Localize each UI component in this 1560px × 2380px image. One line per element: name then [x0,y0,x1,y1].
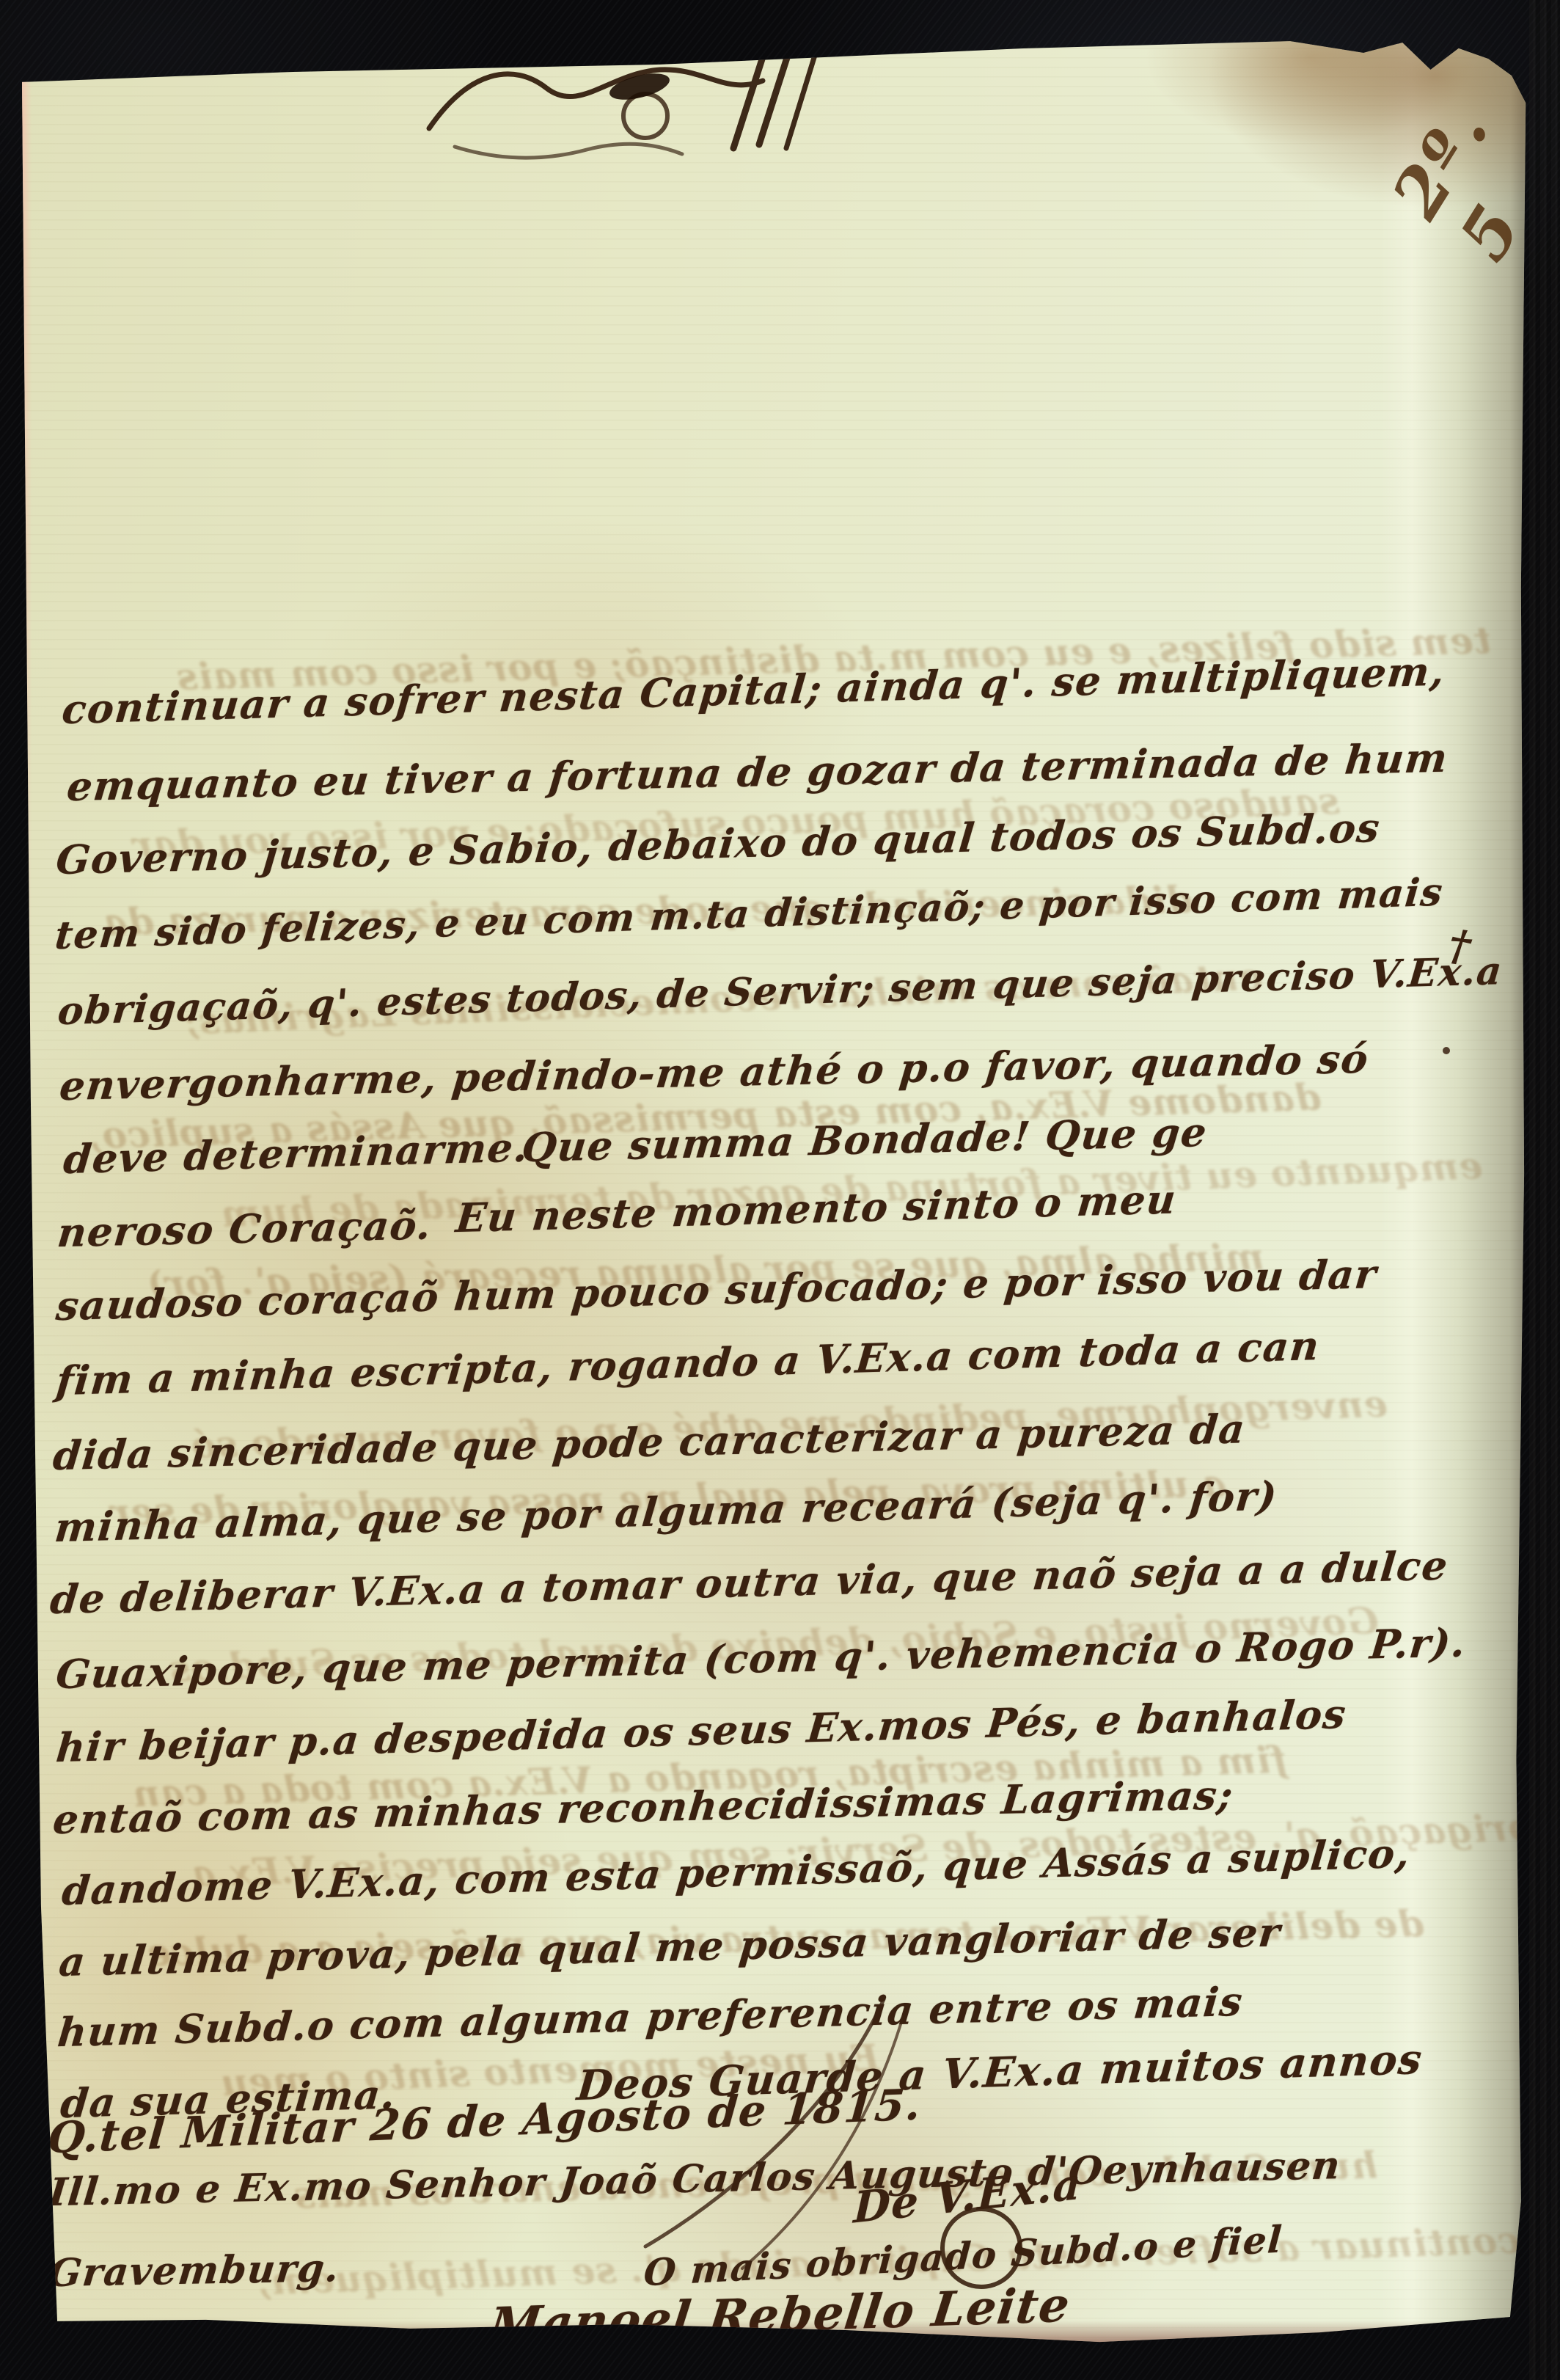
addressee-line: Gravemburg. [47,2246,343,2296]
manuscript-page: tem sido felizes, e eu com m.ta distinça… [0,0,1560,2380]
scanned-manuscript-photo: tem sido felizes, e eu com m.ta distinça… [0,0,1560,2380]
book-page-edges [1529,0,1560,2380]
manuscript-line: neroso Coraçaõ. [55,1201,433,1256]
